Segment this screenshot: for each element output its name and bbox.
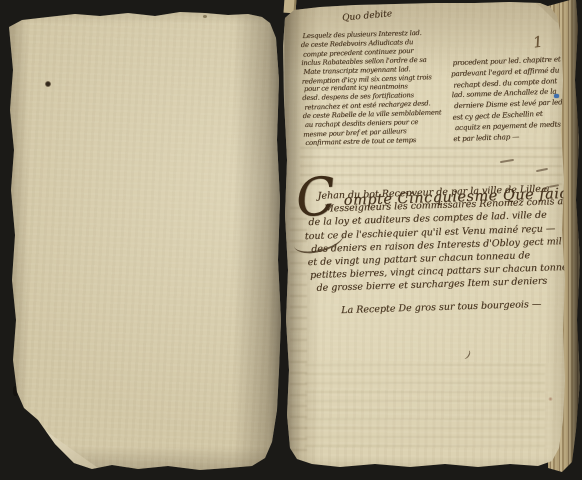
manuscript-line: La Recepte De gros sur tous bourgeois — <box>341 296 575 317</box>
wormhole-spot <box>45 81 51 87</box>
manuscript-scan: Quo debite 1 Lesquelz des plusieurs Inte… <box>0 0 582 480</box>
paper-speck <box>203 15 207 18</box>
main-entry-paragraph: ompte Cincquiesme Que faict Et Rend Jeha… <box>301 182 576 360</box>
paragraph-second: procedent pour led. chapitre et pardevan… <box>450 54 579 150</box>
stain <box>548 397 553 401</box>
bleedthrough-lower <box>305 360 545 450</box>
paragraph-first: Lesquelz des plusieurs Interestz lad. de… <box>300 28 459 152</box>
bleedthrough-band <box>300 146 562 188</box>
ornate-initial: C <box>293 166 339 230</box>
